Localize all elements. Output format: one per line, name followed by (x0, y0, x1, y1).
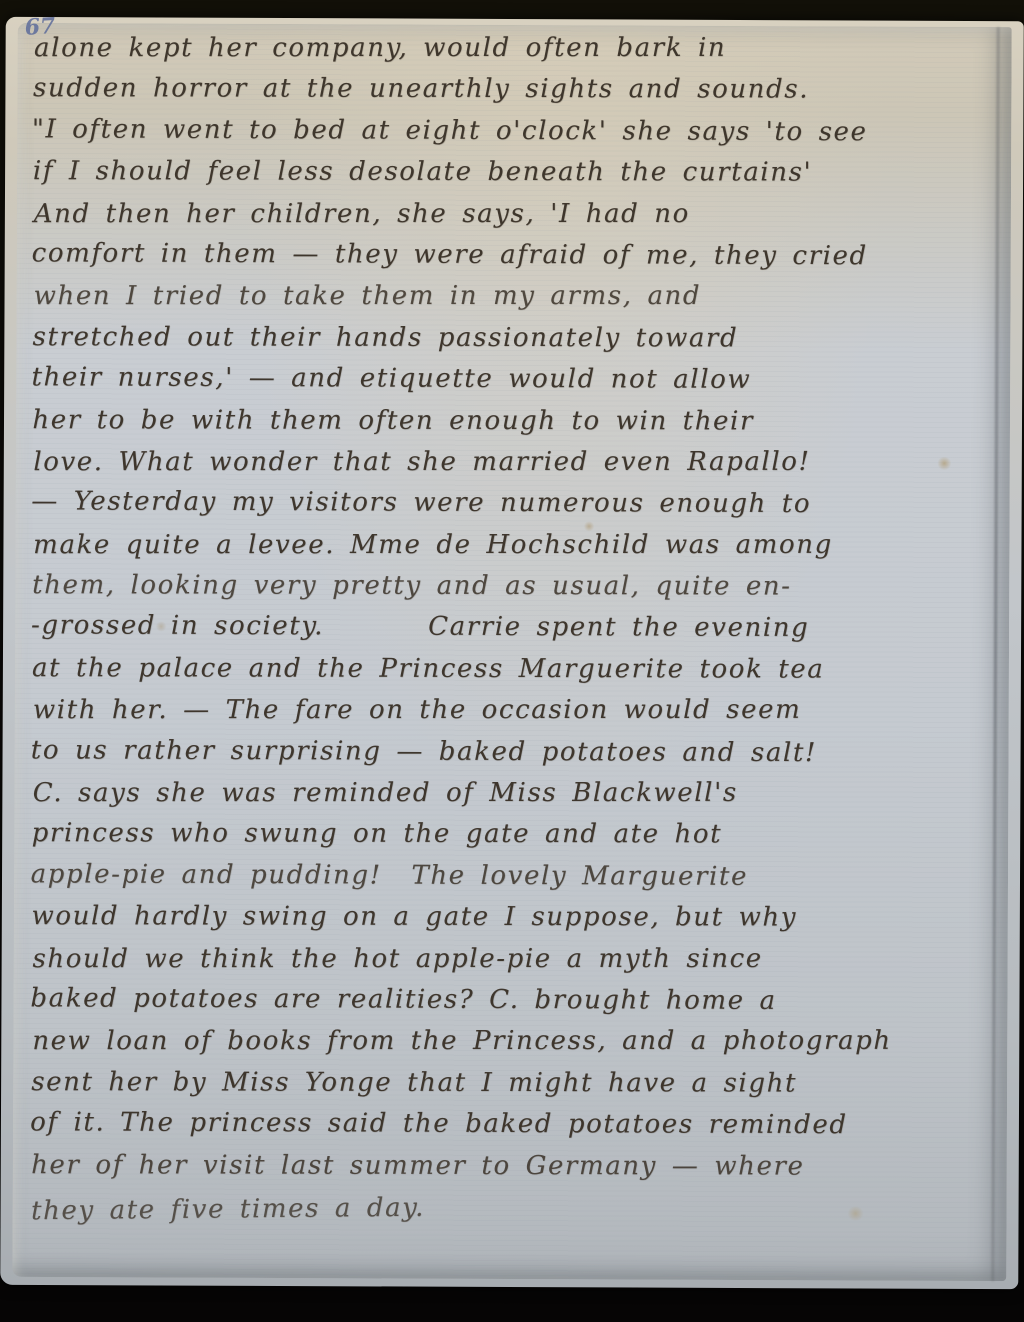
manuscript-line: their nurses,' — and etiquette would not… (31, 357, 992, 402)
manuscript-line: with her. — The fare on the occasion wou… (33, 690, 994, 732)
manuscript-line: sudden horror at the unearthly sights an… (33, 69, 994, 112)
manuscript-line: And then her children, she says, 'I had … (34, 193, 995, 235)
manuscript-line: alone kept her company, would often bark… (34, 28, 995, 70)
manuscript-line: when I tried to take them in my arms, an… (34, 276, 995, 318)
manuscript-line: them, looking very pretty and as usual, … (32, 565, 993, 608)
manuscript-line: princess who swung on the gate and ate h… (32, 814, 993, 857)
manuscript-line: at the palace and the Princess Marguerit… (32, 648, 993, 691)
manuscript-line: her of her visit last summer to Germany … (31, 1145, 992, 1188)
manuscript-line: stretched out their hands passionately t… (33, 317, 994, 360)
manuscript-line: should we think the hot apple-pie a myth… (32, 938, 993, 980)
manuscript-line: "I often went to bed at eight o'clock' s… (32, 109, 993, 154)
manuscript-line: make quite a levee. Mme de Hochschild wa… (33, 525, 994, 567)
manuscript-line: apple-pie and pudding! The lovely Margue… (31, 854, 992, 899)
manuscript-line: sent her by Miss Yonge that I might have… (31, 1062, 992, 1105)
manuscript-line: if I should feel less desolate beneath t… (33, 151, 994, 194)
manuscript-line: they ate five times a day. (31, 1183, 992, 1233)
manuscript-line: would hardly swing on a gate I suppose, … (31, 896, 992, 939)
manuscript-page: 67 alone kept her company, would often b… (12, 23, 1011, 1281)
manuscript-line: -grossed in society. Carrie spent the ev… (31, 606, 992, 651)
manuscript-line: — Yesterday my visitors were numerous en… (31, 482, 992, 527)
manuscript-line: new loan of books from the Princess, and… (32, 1021, 993, 1063)
manuscript-line: comfort in them — they were afraid of me… (32, 233, 993, 278)
handwritten-text-block: alone kept her company, would often bark… (31, 27, 994, 1278)
manuscript-line: C. says she was reminded of Miss Blackwe… (33, 773, 994, 815)
manuscript-line: love. What wonder that she married even … (33, 442, 994, 484)
manuscript-line: to us rather surprising — baked potatoes… (31, 730, 992, 775)
scanned-diary-page: 67 alone kept her company, would often b… (0, 0, 1024, 1322)
manuscript-line: of it. The princess said the baked potat… (30, 1102, 991, 1147)
manuscript-line: her to be with them often enough to win … (32, 400, 993, 443)
manuscript-line: baked potatoes are realities? C. brought… (30, 978, 991, 1023)
